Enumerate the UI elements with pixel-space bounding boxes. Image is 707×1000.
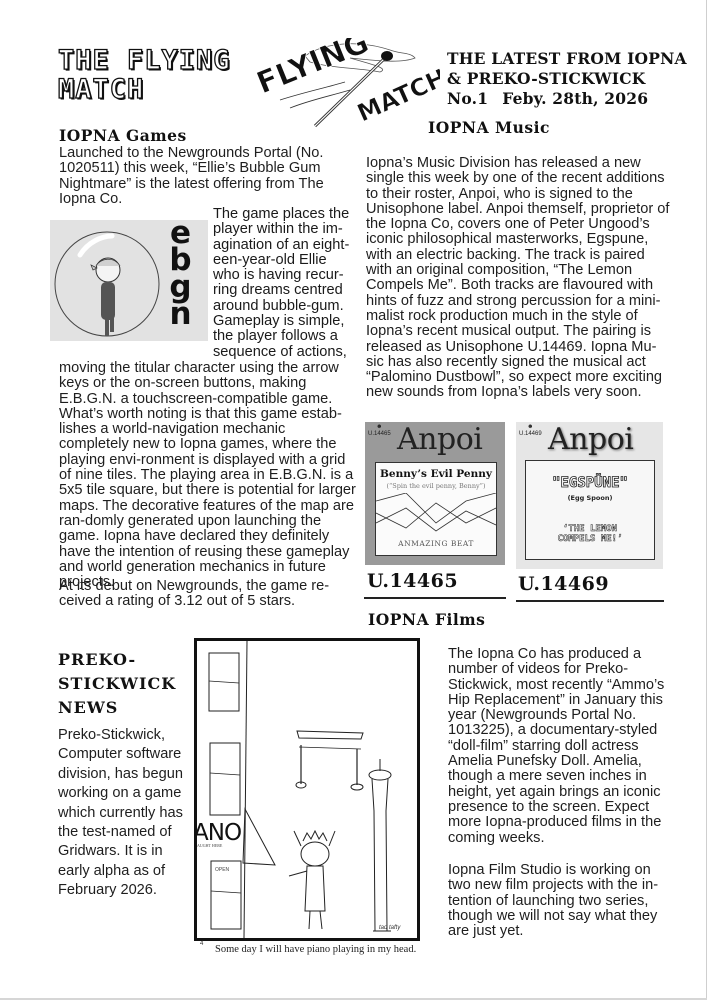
cover-subtitle: (“Spin the evil penny, Benny”) bbox=[376, 482, 496, 490]
cover-artist: Anpoi bbox=[397, 422, 482, 457]
issue-date: Feby. 28th, 2026 bbox=[502, 89, 648, 108]
unisophone-label-icon: ☻U.14465 bbox=[368, 424, 391, 438]
films-para-1: The Iopna Co has produced a number of vi… bbox=[448, 647, 673, 846]
masthead-tagline: THE LATEST FROM IOPNA & PREKO-STICKWICK … bbox=[447, 49, 687, 109]
sign-subtext: AUGHT HERE bbox=[197, 843, 222, 848]
title-line-2: MATCH bbox=[58, 75, 231, 104]
music-body: Iopna’s Music Division has released a ne… bbox=[366, 156, 671, 401]
divider bbox=[364, 597, 506, 599]
unisophone-label-icon: ☻U.14469 bbox=[519, 424, 542, 438]
flying-match-logo: FLYING MATCH bbox=[250, 38, 440, 136]
films-para-2: Iopna Film Studio is working on two new … bbox=[448, 863, 673, 939]
cover-title: "EGSPÜNE" bbox=[526, 475, 654, 491]
preko-heading: PREKO- STICKWICK NEWS bbox=[58, 648, 176, 720]
artist-signature: tad tafty bbox=[379, 925, 400, 931]
tagline-line-1: THE LATEST FROM IOPNA bbox=[447, 49, 687, 69]
record-cover-2: ☻U.14469 Anpoi "EGSPÜNE" (Egg Spoon) ʻTH… bbox=[516, 422, 663, 569]
comic-caption: Some day I will have piano playing in my… bbox=[215, 944, 416, 955]
games-body: moving the titular character using the a… bbox=[59, 361, 359, 590]
cover-subtitle: (Egg Spoon) bbox=[526, 494, 654, 502]
cover-b-side: ʻTHE LEMON COMPELS ME!ʼ bbox=[526, 524, 654, 544]
door-sign: OPEN bbox=[215, 867, 229, 873]
catalog-number-2: U.14469 bbox=[518, 573, 609, 595]
films-heading: IOPNA Films bbox=[368, 610, 485, 629]
comic-panel: ANO AUGHT HERE OPEN tad tafty bbox=[194, 638, 420, 941]
tagline-line-2: & PREKO-STICKWICK bbox=[447, 69, 687, 89]
games-rating: At its debut on Newgrounds, the game re-… bbox=[59, 579, 359, 610]
divider bbox=[516, 600, 664, 602]
logo-word-match: MATCH bbox=[353, 63, 440, 127]
page-mark: 4 bbox=[200, 941, 203, 947]
catalog-number-1: U.14465 bbox=[367, 570, 458, 592]
logo-word-flying: FLYING bbox=[252, 38, 374, 101]
cover-title: Benny’s Evil Penny bbox=[376, 468, 496, 480]
cover-b-side: ANMAZING BEAT bbox=[376, 539, 496, 548]
ebgn-logo-text: e b g n bbox=[158, 220, 203, 328]
music-heading: IOPNA Music bbox=[428, 118, 550, 137]
ebgn-game-image: e b g n bbox=[50, 220, 208, 341]
games-heading: IOPNA Games bbox=[59, 126, 187, 145]
issue-number: No.1 bbox=[447, 89, 488, 108]
games-wrap-text: The game places the player within the im… bbox=[213, 207, 353, 360]
title-line-1: THE FLYING bbox=[58, 46, 231, 75]
preko-body: Preko-Stickwick, Computer software divis… bbox=[58, 726, 188, 901]
cover-artist: Anpoi bbox=[548, 422, 633, 457]
record-cover-1: ☻U.14465 Anpoi Benny’s Evil Penny (“Spin… bbox=[365, 422, 505, 565]
games-intro: Launched to the Newgrounds Portal (No. 1… bbox=[59, 146, 359, 207]
newspaper-title: THE FLYING MATCH bbox=[58, 46, 231, 104]
